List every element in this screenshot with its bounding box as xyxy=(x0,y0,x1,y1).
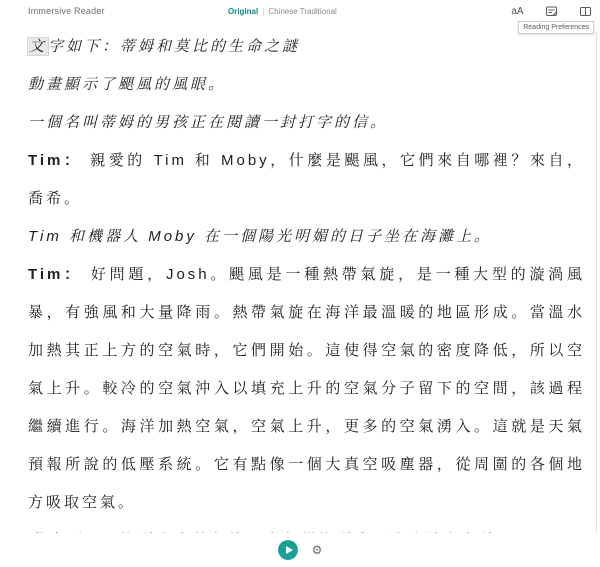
paragraph-stage-direction: 動畫顯示了颶風的風眼。 xyxy=(28,66,585,104)
text-preferences-icon: aA xyxy=(511,7,523,17)
gear-icon: ⚙ xyxy=(312,543,323,557)
reading-preferences-button[interactable] xyxy=(579,5,592,18)
text-preferences-button[interactable]: aA xyxy=(511,5,524,18)
paragraph-dialogue: Tim： 好問題，Josh。颶風是一種熱帶氣旋，是一種大型的漩渦風暴，有強風和大… xyxy=(28,256,585,522)
reader-content: 文字如下：蒂姆和莫比的生命之謎 動畫顯示了颶風的風眼。 一個名叫蒂姆的男孩正在閱… xyxy=(28,28,585,560)
paragraph-text: 動畫顯示了颶風的風眼。 xyxy=(28,76,226,93)
paragraph-stage-direction: 一個名叫蒂姆的男孩正在閱讀一封打字的信。 xyxy=(28,104,585,142)
read-aloud-bar: ⚙ xyxy=(0,533,600,567)
language-original-button[interactable]: Original xyxy=(228,7,258,16)
read-aloud-highlight: 文 xyxy=(28,38,48,55)
paragraph-text: Tim 和機器人 Moby 在一個陽光明媚的日子坐在海灘上。 xyxy=(28,228,492,245)
reader-toolbar: aA xyxy=(511,5,592,18)
app-title: Immersive Reader xyxy=(28,6,105,16)
grammar-options-button[interactable] xyxy=(545,5,558,18)
paragraph-text: 字如下：蒂姆和莫比的生命之謎 xyxy=(48,38,300,55)
speaker-label: Tim： xyxy=(28,152,83,169)
voice-settings-button[interactable]: ⚙ xyxy=(312,544,323,556)
paragraph-text: 親愛的 Tim 和 Moby，什麼是颶風，它們來自哪裡？來自，喬希。 xyxy=(28,152,585,207)
paragraph-dialogue: Tim： 親愛的 Tim 和 Moby，什麼是颶風，它們來自哪裡？來自，喬希。 xyxy=(28,142,585,218)
play-button[interactable] xyxy=(278,540,298,560)
paragraph-stage-direction: Tim 和機器人 Moby 在一個陽光明媚的日子坐在海灘上。 xyxy=(28,218,585,256)
language-toggle: Original | Chinese Traditional xyxy=(228,7,337,16)
paragraph-text: 好問題，Josh。颶風是一種熱帶氣旋，是一種大型的漩渦風暴，有強風和大量降雨。熱… xyxy=(28,266,585,511)
scrollbar-track[interactable] xyxy=(596,32,597,567)
paragraph-title: 文字如下：蒂姆和莫比的生命之謎 xyxy=(28,28,585,66)
reading-preferences-icon xyxy=(579,5,592,18)
paragraph-text: 一個名叫蒂姆的男孩正在閱讀一封打字的信。 xyxy=(28,114,388,131)
language-translated-button[interactable]: Chinese Traditional xyxy=(268,7,336,16)
grammar-options-icon xyxy=(545,5,558,18)
speaker-label: Tim： xyxy=(28,266,83,283)
top-header: Immersive Reader Original | Chinese Trad… xyxy=(0,0,600,22)
language-divider: | xyxy=(262,7,264,16)
